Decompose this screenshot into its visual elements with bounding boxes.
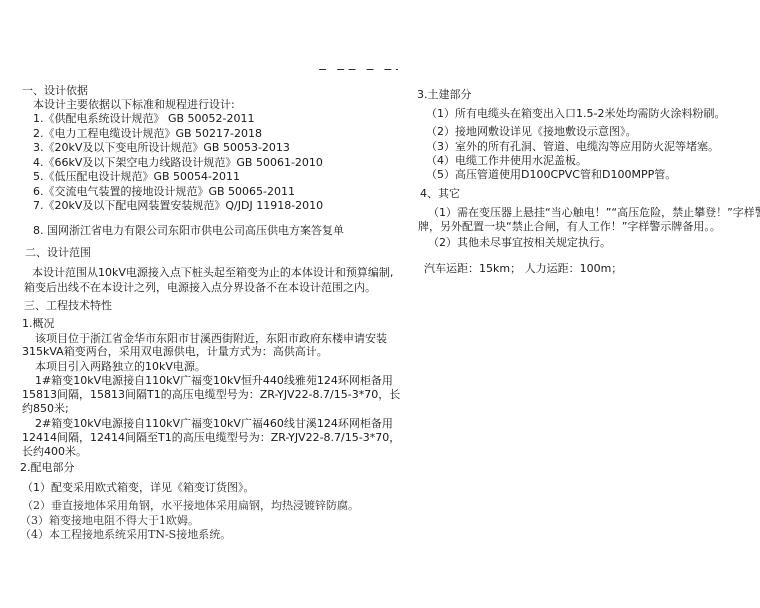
transport-distance: 汽车运距：15km； 人力运距：100m； [424, 262, 622, 275]
civil-works-item: （3）室外的所有孔洞、管道、电缆沟等应用防火泥等堵塞。 [426, 140, 719, 153]
civil-works-item: （4）电缆工作井使用水泥盖板。 [426, 154, 587, 167]
civil-works-item: （2）接地网敷设详见《接地敷设示意图》。 [426, 125, 637, 138]
other-item-warning-signs: 牌，另外配置一块“禁止合闸，有人工作！”字样警示牌备用。。 [418, 220, 721, 233]
subheading-civil-works: 3.土建部分 [417, 88, 472, 101]
subheading-other: 4、其它 [420, 187, 460, 200]
right-column: 3.土建部分 （1）所有电缆头在箱变出入口1.5-2米处均需防火涂料粉刷。 （2… [0, 0, 760, 608]
civil-works-item: （1）所有电缆头在箱变出入口1.5-2米处均需防火涂料粉刷。 [426, 107, 725, 120]
civil-works-item: （5）高压管道使用D100CPVC管和D100MPP管。 [426, 168, 676, 181]
other-item-warning-signs: （1）需在变压器上悬挂“当心触电！”“高压危险，禁止攀登！”字样警示 [428, 206, 760, 219]
other-item-misc: （2）其他未尽事宜按相关规定执行。 [428, 236, 611, 249]
